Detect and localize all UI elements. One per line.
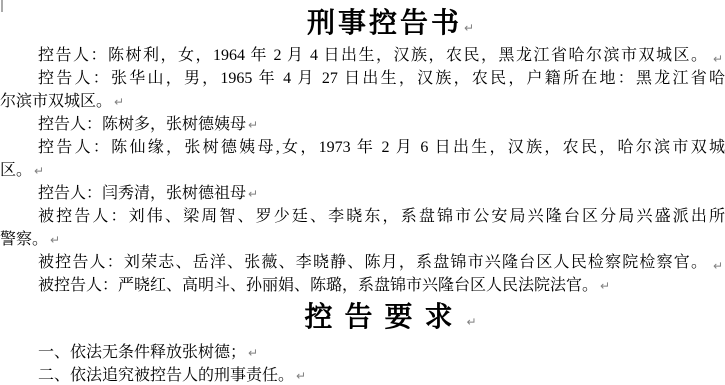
complainant-line-continuation: 区。↵ [0,159,725,182]
paragraph-mark-icon: ↵ [248,346,258,360]
accused-line-continuation: 警察。↵ [0,228,725,251]
paragraph-mark-icon: ↵ [34,164,44,178]
complainant-line: 控告人：张华山，男，1965 年 4 月 27 日出生，汉族，农民，户籍所在地：… [0,67,725,90]
paragraph-mark-icon: ↵ [464,21,474,35]
paragraph-mark-icon: ↵ [50,233,60,247]
paragraph-mark-icon: ↵ [466,315,476,329]
accused-line: 被控告人：严晓红、高明斗、孙丽娟、陈璐，系盘锦市兴隆台区人民法院法官。↵ [0,274,725,297]
complainant-line: 控告人：陈树利，女，1964 年 2 月 4 日出生，汉族，农民，黑龙江省哈尔滨… [0,44,725,67]
complainant-line: 控告人：陈树多，张树德姨母↵ [0,113,725,136]
section-heading-text: 控告要求 [304,302,464,333]
complainant-line: 控告人：闫秀清，张树德祖母↵ [0,182,725,205]
paragraph-mark-icon: ↵ [114,95,124,109]
paragraph-mark-icon: ↵ [600,279,610,293]
demand-line: 二、依法追究被控告人的刑事责任。↵ [0,364,725,385]
document-page[interactable]: 刑事控告书↵ 控告人：陈树利，女，1964 年 2 月 4 日出生，汉族，农民，… [0,0,725,385]
document-title-text: 刑事控告书 [307,8,462,39]
paragraph-mark-icon: ↵ [248,118,258,132]
page-margin-crop-mark [1,0,3,12]
accused-line: 被控告人：刘荣志、岳洋、张薇、李晓静、陈月，系盘锦市兴隆台区人民检察院检察官。 … [0,251,725,274]
section-heading: 控告要求↵ [0,297,725,341]
complainant-line-continuation: 尔滨市双城区。↵ [0,90,725,113]
document-title: 刑事控告书↵ [0,0,725,44]
accused-line: 被控告人：刘伟、梁周智、罗少廷、李晓东，系盘锦市公安局兴隆台区分局兴盛派出所 [0,205,725,228]
paragraph-mark-icon: ↵ [248,187,258,201]
complainant-line: 控告人：陈仙缘，张树德姨母,女，1973 年 2 月 6 日出生，汉族，农民，哈… [0,136,725,159]
demand-line: 一、依法无条件释放张树德；↵ [0,341,725,364]
paragraph-mark-icon: ↵ [296,369,306,383]
